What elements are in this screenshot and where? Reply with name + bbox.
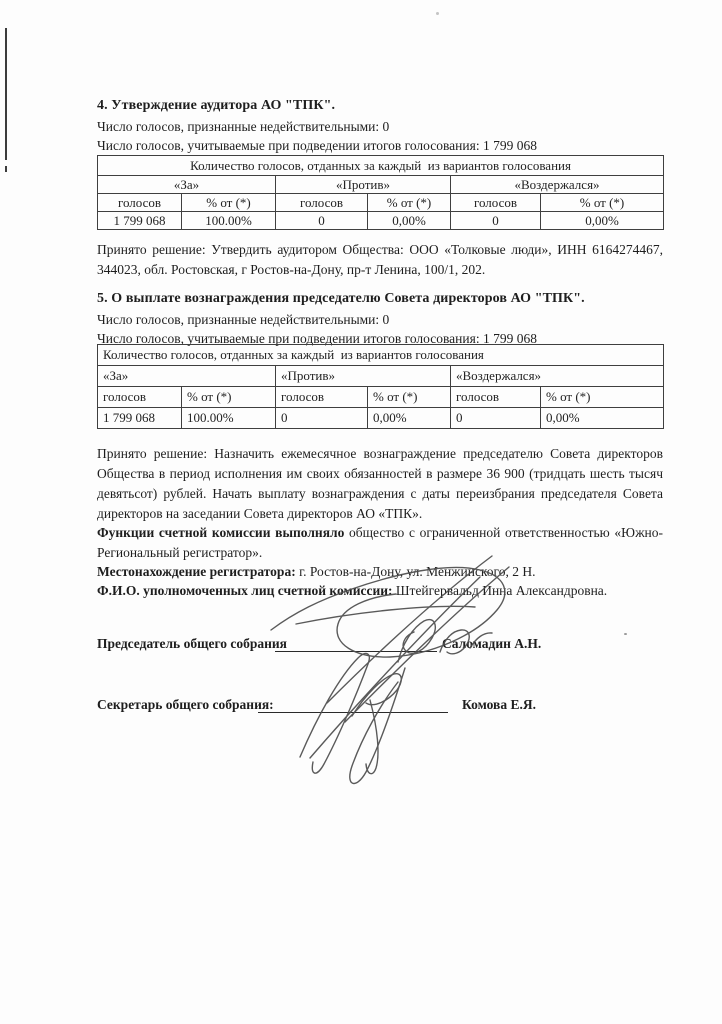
voting-table-section5: Количество голосов, отданных за каждый и…	[97, 344, 664, 429]
section4-decision: Принято решение: Утвердить аудитором Общ…	[97, 240, 663, 279]
table4-col-header: голосов	[451, 194, 541, 212]
chairman-name: Саломадин А.Н.	[442, 636, 541, 652]
table5-group-protiv: «Против»	[276, 366, 451, 387]
chairman-signature-line	[275, 636, 437, 652]
registrar-location-value: г. Ростов-на-Дону, ул. Менжинского, 2 Н.	[296, 564, 536, 579]
table5-header-row: голосов % от (*) голосов % от (*) голосо…	[98, 387, 664, 408]
table4-col-header: голосов	[98, 194, 182, 212]
table4-value: 1 799 068	[98, 212, 182, 230]
table5-group-row: «За» «Против» «Воздержался»	[98, 366, 664, 387]
scanned-document-page: 4. Утверждение аудитора АО "ТПК". Число …	[0, 0, 722, 1024]
section4-counted-votes: Число голосов, учитываемые при подведени…	[97, 136, 537, 156]
table5-values-row: 1 799 068 100.00% 0 0,00% 0 0,00%	[98, 408, 664, 429]
table5-col-header: голосов	[276, 387, 368, 408]
scan-artifact-left-line	[5, 28, 7, 160]
commission-members-line: Ф.И.О. уполномоченных лиц счетной комисс…	[97, 581, 663, 601]
table5-value: 100.00%	[182, 408, 276, 429]
table4-col-header: голосов	[276, 194, 368, 212]
table5-col-header: голосов	[98, 387, 182, 408]
table4-col-header: % от (*)	[541, 194, 664, 212]
secretary-name: Комова Е.Я.	[462, 697, 536, 713]
section5-invalid-votes: Число голосов, признанные недействительн…	[97, 310, 389, 330]
table4-value: 0	[451, 212, 541, 230]
table5-value: 0,00%	[541, 408, 664, 429]
table4-group-za: «За»	[98, 176, 276, 194]
table4-values-row: 1 799 068 100.00% 0 0,00% 0 0,00%	[98, 212, 664, 230]
table5-group-vozderzhalsya: «Воздержался»	[451, 366, 664, 387]
table5-value: 1 799 068	[98, 408, 182, 429]
commission-members-label: Ф.И.О. уполномоченных лиц счетной комисс…	[97, 583, 393, 598]
table5-value: 0	[451, 408, 541, 429]
scan-artifact-left-dash	[5, 166, 7, 172]
table5-caption: Количество голосов, отданных за каждый и…	[98, 345, 664, 366]
table5-col-header: % от (*)	[541, 387, 664, 408]
commission-members-value: Штейгервальд Инна Александровна.	[393, 583, 608, 598]
table5-caption-row: Количество голосов, отданных за каждый и…	[98, 345, 664, 366]
table4-col-header: % от (*)	[182, 194, 276, 212]
voting-table-section4: Количество голосов, отданных за каждый и…	[97, 155, 664, 230]
table5-group-za: «За»	[98, 366, 276, 387]
table5-value: 0,00%	[368, 408, 451, 429]
table5-value: 0	[276, 408, 368, 429]
table4-value: 0,00%	[541, 212, 664, 230]
table4-value: 0	[276, 212, 368, 230]
chairman-label: Председатель общего собрания	[97, 636, 287, 652]
table4-group-vozderzhalsya: «Воздержался»	[451, 176, 664, 194]
table5-col-header: голосов	[451, 387, 541, 408]
registrar-location-label: Местонахождение регистратора:	[97, 564, 296, 579]
table4-header-row: голосов % от (*) голосов % от (*) голосо…	[98, 194, 664, 212]
counting-commission-label: Функции счетной комиссии выполняло	[97, 525, 344, 540]
section5-title: 5. О выплате вознаграждения председателю…	[97, 291, 585, 307]
table4-group-row: «За» «Против» «Воздержался»	[98, 176, 664, 194]
table4-value: 100.00%	[182, 212, 276, 230]
section4-title: 4. Утверждение аудитора АО "ТПК".	[97, 98, 335, 114]
table4-caption: Количество голосов, отданных за каждый и…	[98, 156, 664, 176]
table5-col-header: % от (*)	[368, 387, 451, 408]
table4-value: 0,00%	[368, 212, 451, 230]
counting-commission-line: Функции счетной комиссии выполняло общес…	[97, 523, 663, 562]
section4-invalid-votes: Число голосов, признанные недействительн…	[97, 117, 389, 137]
table4-group-protiv: «Против»	[276, 176, 451, 194]
scan-speck-right	[624, 633, 627, 635]
table5-col-header: % от (*)	[182, 387, 276, 408]
scan-speck-top	[436, 12, 439, 15]
section5-decision: Принято решение: Назначить ежемесячное в…	[97, 444, 663, 524]
table4-caption-row: Количество голосов, отданных за каждый и…	[98, 156, 664, 176]
secretary-signature-line	[258, 697, 448, 713]
secretary-label: Секретарь общего собрания:	[97, 697, 274, 713]
registrar-location-line: Местонахождение регистратора: г. Ростов-…	[97, 562, 663, 582]
table4-col-header: % от (*)	[368, 194, 451, 212]
